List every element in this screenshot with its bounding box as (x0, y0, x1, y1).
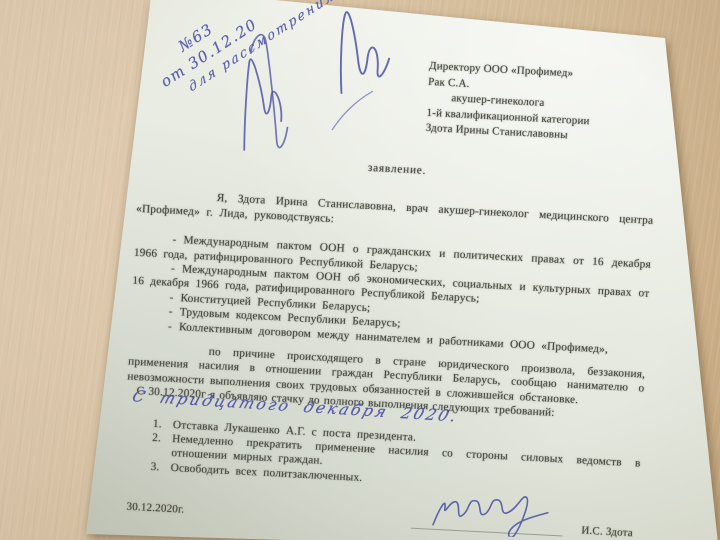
recipient-block: Директору ООО «Профимед» Рак С.А. акушер… (425, 59, 661, 149)
handwritten-signature-scribble (429, 487, 561, 540)
demands-list: 1.Отставка Лукашенко А.Г. с поста презид… (122, 415, 641, 500)
document-date: 30.12.2020г. (126, 500, 185, 517)
signatory-name: И.С. Здота (581, 523, 633, 540)
typed-document: Директору ООО «Профимед» Рак С.А. акушер… (120, 40, 661, 540)
legal-basis-list: -Международным пактом ООН о гражданских … (130, 231, 652, 359)
document-photo: Директору ООО «Профимед» Рак С.А. акушер… (0, 0, 720, 540)
document-title: заявление. (139, 149, 656, 190)
